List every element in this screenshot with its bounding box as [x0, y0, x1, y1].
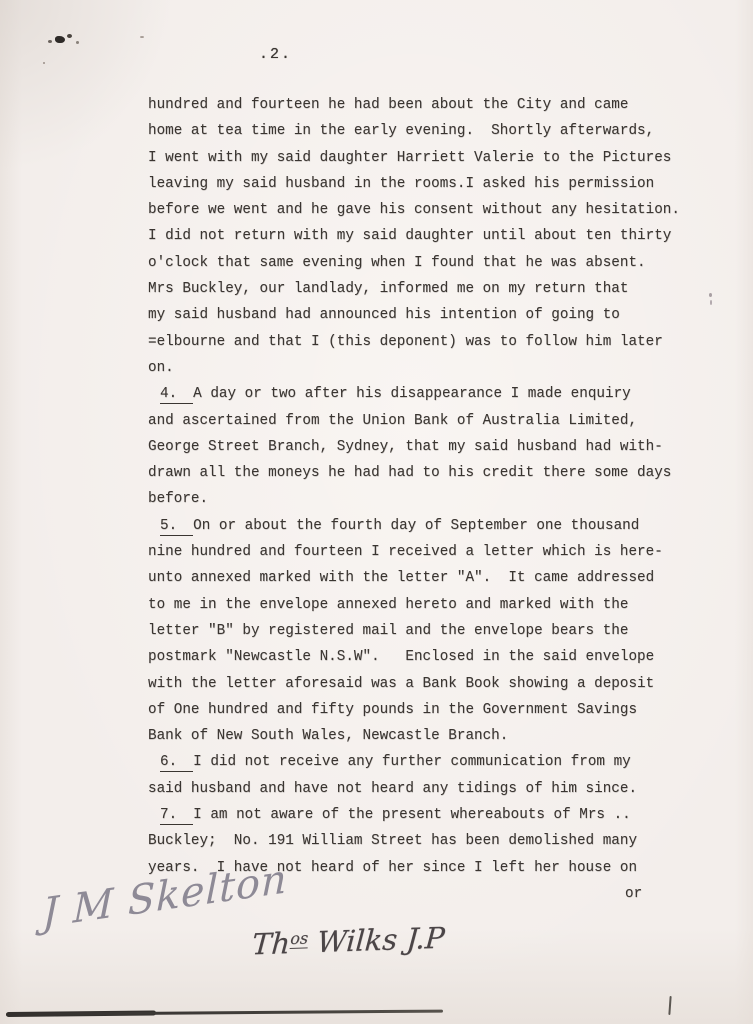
text-line: home at tea time in the early evening. S…: [148, 118, 708, 144]
text-line: hundred and fourteen he had been about t…: [148, 92, 708, 118]
signature-thos-wilks-jp: Thos Wilks J.P: [251, 921, 446, 962]
text-line: of One hundred and fifty pounds in the G…: [148, 697, 708, 723]
text-line: drawn all the moneys he had had to his c…: [148, 460, 708, 486]
margin-speck: [710, 300, 712, 305]
ink-speck: [140, 36, 144, 38]
page-number: .2.: [259, 46, 292, 63]
paragraph: hundred and fourteen he had been about t…: [148, 92, 708, 381]
text-line: postmark "Newcastle N.S.W". Enclosed in …: [148, 644, 708, 670]
text-line: said husband and have not heard any tidi…: [148, 776, 708, 802]
line-text: On or about the fourth day of September …: [193, 518, 639, 534]
line-text: I did not receive any further communicat…: [193, 754, 631, 770]
signature-text: Wilks J.P: [307, 921, 446, 960]
text-line: letter "B" by registered mail and the en…: [148, 618, 708, 644]
ink-blot: [67, 34, 72, 38]
text-line: leaving my said husband in the rooms.I a…: [148, 171, 708, 197]
line-text: A day or two after his disappearance I m…: [193, 386, 631, 402]
text-line: 5.On or about the fourth day of Septembe…: [148, 513, 708, 539]
paragraph-number: 5.: [160, 518, 193, 536]
text-line: Bank of New South Wales, Newcastle Branc…: [148, 723, 708, 749]
text-line: to me in the envelope annexed hereto and…: [148, 592, 708, 618]
text-line: with the letter aforesaid was a Bank Boo…: [148, 671, 708, 697]
text-line: Buckley; No. 191 William Street has been…: [148, 828, 708, 854]
text-line: 7.I am not aware of the present whereabo…: [148, 802, 708, 828]
paragraph-number: 4.: [160, 386, 193, 404]
ink-blot: [48, 40, 52, 43]
text-line: before we went and he gave his consent w…: [148, 197, 708, 223]
margin-speck: [709, 293, 712, 297]
paragraph-number: 7.: [160, 807, 193, 825]
typed-text: hundred and fourteen he had been about t…: [148, 92, 708, 907]
scanned-paper-background: .2. hundred and fourteen he had been abo…: [0, 0, 753, 1024]
text-line: and ascertained from the Union Bank of A…: [148, 408, 708, 434]
text-line: I did not return with my said daughter u…: [148, 223, 708, 249]
text-line: 6.I did not receive any further communic…: [148, 749, 708, 775]
text-line: on.: [148, 355, 708, 381]
ink-blot: [76, 41, 79, 44]
signature-text: Th: [251, 926, 291, 961]
text-line: unto annexed marked with the letter "A".…: [148, 565, 708, 591]
signature-superscript: os: [290, 929, 309, 950]
text-line: before.: [148, 486, 708, 512]
text-line: Mrs Buckley, our landlady, informed me o…: [148, 276, 708, 302]
ink-speck: [43, 62, 45, 64]
text-line: nine hundred and fourteen I received a l…: [148, 539, 708, 565]
paragraph: 6.I did not receive any further communic…: [148, 749, 708, 802]
text-line: =elbourne and that I (this deponent) was…: [148, 329, 708, 355]
text-line: my said husband had announced his intent…: [148, 302, 708, 328]
text-line: 4.A day or two after his disappearance I…: [148, 381, 708, 407]
text-line: o'clock that same evening when I found t…: [148, 250, 708, 276]
paragraph: 4.A day or two after his disappearance I…: [148, 381, 708, 512]
scan-curl-mark: [668, 996, 671, 1015]
text-line: George Street Branch, Sydney, that my sa…: [148, 434, 708, 460]
paragraph-number: 6.: [160, 754, 193, 772]
line-text: I am not aware of the present whereabout…: [193, 807, 631, 823]
text-line: I went with my said daughter Harriett Va…: [148, 145, 708, 171]
paragraph: 5.On or about the fourth day of Septembe…: [148, 513, 708, 750]
ink-blot: [55, 36, 65, 43]
